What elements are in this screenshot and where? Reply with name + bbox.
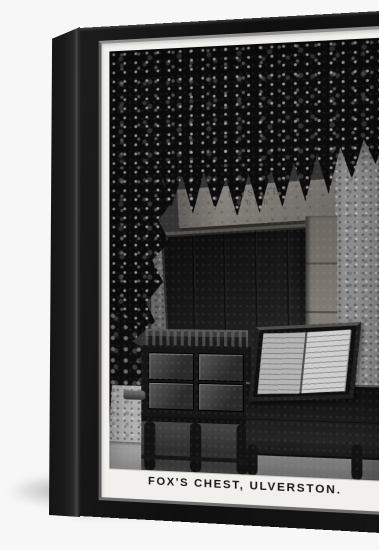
- white-mat: DNSIGE 1688: [102, 29, 379, 513]
- chest-leg: [145, 422, 156, 471]
- chest-panels: [141, 345, 251, 420]
- open-book: [258, 330, 351, 394]
- carved-chest: [138, 329, 255, 475]
- photograph-card: DNSIGE 1688: [109, 38, 379, 504]
- picture-frame: DNSIGE 1688: [79, 9, 379, 535]
- chest-panel: [199, 384, 244, 412]
- frame-side-panel: [49, 27, 80, 517]
- frame-inner-lip: DNSIGE 1688: [99, 25, 379, 516]
- chest-panel: [199, 354, 244, 382]
- bench-leg: [247, 444, 258, 475]
- chest-cornice: [145, 329, 248, 346]
- display-case: [248, 322, 361, 402]
- frame-face: DNSIGE 1688: [79, 9, 379, 535]
- bench-leg: [351, 444, 363, 480]
- chest-armrest: [123, 391, 145, 400]
- chest-leg: [190, 423, 201, 472]
- chest-panel: [149, 353, 193, 380]
- chest-panel: [149, 382, 193, 410]
- photograph: DNSIGE 1688: [109, 38, 379, 481]
- book-page-left: [258, 333, 306, 393]
- under-bench-gap: [258, 456, 351, 480]
- caption-text: FOX'S CHEST, ULVERSTON.: [148, 475, 342, 497]
- framed-print-scene: DNSIGE 1688: [0, 0, 379, 550]
- book-page-right: [302, 330, 351, 393]
- chest-legs: [141, 416, 251, 474]
